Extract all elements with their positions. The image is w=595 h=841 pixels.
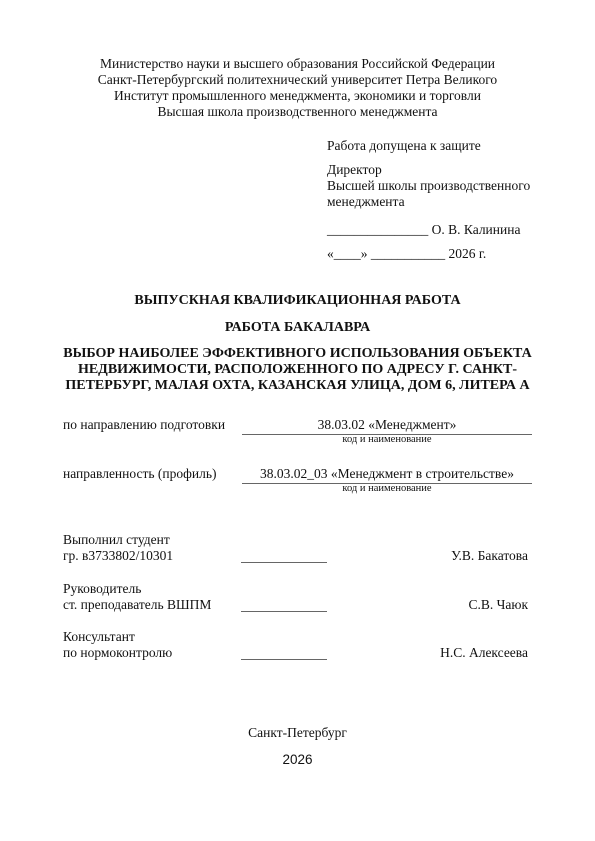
supervisor-role: Руководитель — [63, 581, 141, 597]
organization-header: Министерство науки и высшего образования… — [0, 56, 595, 120]
ministry-line: Министерство науки и высшего образования… — [0, 56, 595, 72]
profile-value: 38.03.02_03 «Менеджмент в строительстве» — [242, 466, 532, 484]
consultant-area: по нормоконтролю — [63, 645, 172, 661]
approver-position-line1: Директор — [327, 162, 382, 178]
consultant-role: Консультант — [63, 629, 135, 645]
institute-line: Институт промышленного менеджмента, экон… — [0, 88, 595, 104]
admitted-to-defense: Работа допущена к защите — [327, 138, 481, 154]
topic-line-2: НЕДВИЖИМОСТИ, РАСПОЛОЖЕННОГО ПО АДРЕСУ Г… — [0, 362, 595, 378]
student-name: У.В. Бакатова — [451, 548, 528, 564]
profile-hint: код и наименование — [242, 483, 532, 495]
supervisor-position: ст. преподаватель ВШПМ — [63, 597, 211, 613]
topic-line-3: ПЕТЕРБУРГ, МАЛАЯ ОХТА, КАЗАНСКАЯ УЛИЦА, … — [0, 378, 595, 394]
consultant-signature-line — [241, 645, 327, 660]
supervisor-signature-line — [241, 597, 327, 612]
work-type-title: ВЫПУСКНАЯ КВАЛИФИКАЦИОННАЯ РАБОТА — [0, 293, 595, 309]
supervisor-name: С.В. Чаюк — [468, 597, 528, 613]
student-signature-line — [241, 548, 327, 563]
direction-label: по направлению подготовки — [63, 417, 225, 433]
consultant-name: Н.С. Алексеева — [440, 645, 528, 661]
approval-date-line: «____» ___________ 2026 г. — [327, 246, 486, 262]
student-group: гр. в3733802/10301 — [63, 548, 173, 564]
school-line: Высшая школа производственного менеджмен… — [0, 104, 595, 120]
topic-line-1: ВЫБОР НАИБОЛЕЕ ЭФФЕКТИВНОГО ИСПОЛЬЗОВАНИ… — [0, 346, 595, 362]
footer-city: Санкт-Петербург — [0, 725, 595, 741]
university-line: Санкт-Петербургский политехнический унив… — [0, 72, 595, 88]
student-role: Выполнил студент — [63, 532, 170, 548]
approver-position-line2: Высшей школы производственного — [327, 178, 530, 194]
profile-label: направленность (профиль) — [63, 466, 216, 482]
degree-title: РАБОТА БАКАЛАВРА — [0, 320, 595, 336]
approver-signature-line: _______________ О. В. Калинина — [327, 222, 520, 238]
direction-value: 38.03.02 «Менеджмент» — [242, 417, 532, 435]
approver-position-line3: менеджмента — [327, 194, 405, 210]
direction-hint: код и наименование — [242, 434, 532, 446]
footer-year: 2026 — [0, 752, 595, 767]
